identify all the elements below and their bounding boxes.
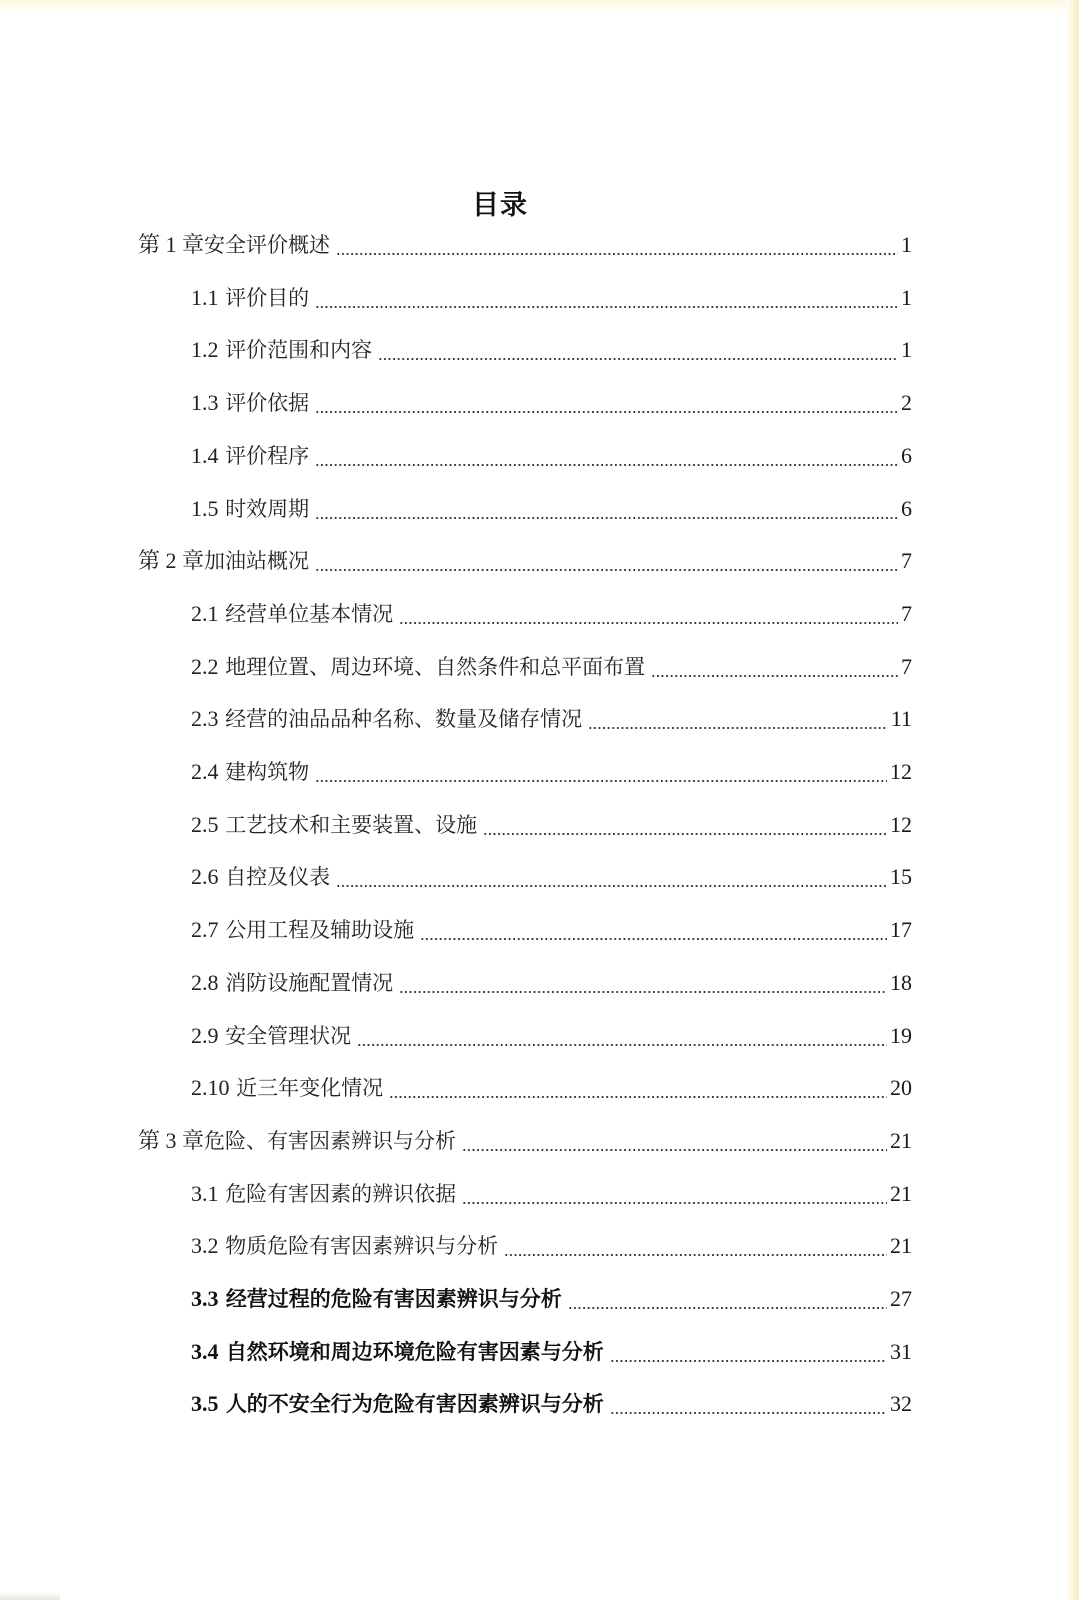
- entry-number: 2.4: [191, 759, 219, 784]
- toc-chapter-2[interactable]: 第 2 章加油站概况 7: [138, 544, 912, 578]
- entry-number: 第 1 章: [138, 232, 204, 257]
- page-number: 19: [887, 1019, 912, 1053]
- page-number: 17: [887, 913, 912, 947]
- toc-chapter-3[interactable]: 第 3 章危险、有害因素辨识与分析 21: [138, 1124, 912, 1158]
- entry-number: 2.8: [191, 970, 219, 995]
- entry-number: 2.5: [191, 812, 219, 837]
- page-number: 7: [898, 597, 912, 631]
- toc-section-3-3[interactable]: 3.3 经营过程的危险有害因素辨识与分析 27: [191, 1282, 912, 1316]
- entry-title: 消防设施配置情况: [225, 971, 393, 995]
- dot-leader: [315, 287, 898, 309]
- page-number: 21: [887, 1229, 912, 1263]
- entry-title: 人的不安全行为危险有害因素辨识与分析: [226, 1392, 604, 1416]
- dot-leader: [389, 1077, 887, 1099]
- page-right-edge: [1065, 0, 1079, 1600]
- entry-title: 评价依据: [225, 391, 309, 415]
- toc-section-1-1[interactable]: 1.1 评价目的 1: [191, 281, 912, 315]
- entry-number: 1.5: [191, 496, 219, 521]
- entry-title: 评价程序: [225, 444, 309, 468]
- page-number: 1: [898, 228, 912, 262]
- toc-section-2-7[interactable]: 2.7 公用工程及辅助设施 17: [191, 913, 912, 947]
- page-number: 27: [887, 1282, 912, 1316]
- entry-title: 经营过程的危险有害因素辨识与分析: [226, 1287, 562, 1311]
- toc-section-2-10[interactable]: 2.10 近三年变化情况 20: [191, 1071, 912, 1105]
- entry-number: 2.7: [191, 917, 219, 942]
- toc-section-3-1[interactable]: 3.1 危险有害因素的辨识依据 21: [191, 1177, 912, 1211]
- page-number: 12: [887, 808, 912, 842]
- entry-title: 安全管理状况: [225, 1024, 351, 1048]
- dot-leader: [504, 1235, 887, 1257]
- toc-section-3-2[interactable]: 3.2 物质危险有害因素辨识与分析 21: [191, 1229, 912, 1263]
- entry-title: 自控及仪表: [225, 865, 330, 889]
- toc-section-1-3[interactable]: 1.3 评价依据 2: [191, 386, 912, 420]
- entry-number: 1.1: [191, 285, 219, 310]
- entry-number: 3.1: [191, 1181, 219, 1206]
- toc-section-3-5[interactable]: 3.5 人的不安全行为危险有害因素辨识与分析 32: [191, 1387, 912, 1421]
- entry-number: 2.1: [191, 601, 219, 626]
- toc-section-2-2[interactable]: 2.2 地理位置、周边环境、自然条件和总平面布置 7: [191, 650, 912, 684]
- dot-leader: [399, 603, 898, 625]
- page-number: 12: [887, 755, 912, 789]
- dot-leader: [336, 234, 898, 256]
- dot-leader: [315, 498, 898, 520]
- page-number: 7: [898, 650, 912, 684]
- page-bottom-shadow: [0, 1592, 60, 1600]
- entry-number: 1.3: [191, 390, 219, 415]
- entry-number: 2.10: [191, 1075, 230, 1100]
- dot-leader: [651, 656, 898, 678]
- dot-leader: [378, 339, 898, 361]
- page-number: 15: [887, 860, 912, 894]
- entry-number: 2.3: [191, 706, 219, 731]
- toc-section-1-2[interactable]: 1.2 评价范围和内容 1: [191, 333, 912, 367]
- page-number: 21: [887, 1177, 912, 1211]
- dot-leader: [315, 761, 887, 783]
- entry-number: 2.6: [191, 864, 219, 889]
- entry-title: 自然环境和周边环境危险有害因素与分析: [226, 1340, 604, 1364]
- entry-title: 评价范围和内容: [225, 338, 372, 362]
- entry-title: 地理位置、周边环境、自然条件和总平面布置: [225, 655, 645, 679]
- dot-leader: [357, 1025, 887, 1047]
- page-top-edge: [0, 0, 1079, 12]
- entry-title: 危险、有害因素辨识与分析: [204, 1129, 456, 1153]
- entry-title: 物质危险有害因素辨识与分析: [225, 1234, 498, 1258]
- page-number: 2: [898, 386, 912, 420]
- dot-leader: [610, 1341, 887, 1363]
- page-number: 6: [898, 439, 912, 473]
- page-number: 32: [887, 1387, 912, 1421]
- dot-leader: [315, 392, 898, 414]
- entry-title: 评价目的: [225, 286, 309, 310]
- entry-title: 经营的油品品种名称、数量及储存情况: [225, 707, 582, 731]
- toc-section-2-4[interactable]: 2.4 建构筑物 12: [191, 755, 912, 789]
- page-number: 7: [898, 544, 912, 578]
- entry-number: 第 3 章: [138, 1128, 204, 1153]
- entry-number: 2.2: [191, 654, 219, 679]
- dot-leader: [315, 445, 898, 467]
- entry-number: 3.3: [191, 1286, 219, 1311]
- entry-title: 经营单位基本情况: [225, 602, 393, 626]
- toc-title: 目录: [0, 183, 1000, 222]
- entry-number: 3.5: [191, 1391, 219, 1416]
- entry-number: 2.9: [191, 1023, 219, 1048]
- toc-section-1-5[interactable]: 1.5 时效周期 6: [191, 492, 912, 526]
- entry-title: 安全评价概述: [204, 233, 330, 257]
- entry-title: 时效周期: [225, 497, 309, 521]
- page-number: 20: [887, 1071, 912, 1105]
- dot-leader: [568, 1288, 887, 1310]
- dot-leader: [462, 1130, 887, 1152]
- entry-title: 近三年变化情况: [236, 1076, 383, 1100]
- toc-section-2-1[interactable]: 2.1 经营单位基本情况 7: [191, 597, 912, 631]
- entry-title: 工艺技术和主要装置、设施: [225, 813, 477, 837]
- dot-leader: [610, 1393, 887, 1415]
- entry-number: 第 2 章: [138, 548, 204, 573]
- dot-leader: [315, 550, 898, 572]
- toc-section-2-5[interactable]: 2.5 工艺技术和主要装置、设施 12: [191, 808, 912, 842]
- entry-number: 1.4: [191, 443, 219, 468]
- dot-leader: [336, 866, 887, 888]
- page-number: 18: [887, 966, 912, 1000]
- dot-leader: [588, 708, 888, 730]
- entry-number: 3.4: [191, 1339, 219, 1364]
- toc-section-2-9[interactable]: 2.9 安全管理状况 19: [191, 1019, 912, 1053]
- toc-section-2-6[interactable]: 2.6 自控及仪表 15: [191, 860, 912, 894]
- toc-section-2-8[interactable]: 2.8 消防设施配置情况 18: [191, 966, 912, 1000]
- dot-leader: [483, 814, 887, 836]
- dot-leader: [399, 972, 887, 994]
- dot-leader: [462, 1183, 887, 1205]
- page-number: 1: [898, 333, 912, 367]
- toc-chapter-1[interactable]: 第 1 章安全评价概述 1: [138, 228, 912, 262]
- page-number: 31: [887, 1335, 912, 1369]
- toc-section-1-4[interactable]: 1.4 评价程序 6: [191, 439, 912, 473]
- dot-leader: [420, 919, 887, 941]
- entry-number: 3.2: [191, 1233, 219, 1258]
- page-number: 11: [888, 702, 912, 736]
- page-number: 6: [898, 492, 912, 526]
- entry-title: 危险有害因素的辨识依据: [225, 1182, 456, 1206]
- entry-title: 加油站概况: [204, 549, 309, 573]
- toc-section-3-4[interactable]: 3.4 自然环境和周边环境危险有害因素与分析 31: [191, 1335, 912, 1369]
- entry-title: 公用工程及辅助设施: [225, 918, 414, 942]
- page-number: 21: [887, 1124, 912, 1158]
- toc-section-2-3[interactable]: 2.3 经营的油品品种名称、数量及储存情况 11: [191, 702, 912, 736]
- entry-number: 1.2: [191, 337, 219, 362]
- page-number: 1: [898, 281, 912, 315]
- entry-title: 建构筑物: [225, 760, 309, 784]
